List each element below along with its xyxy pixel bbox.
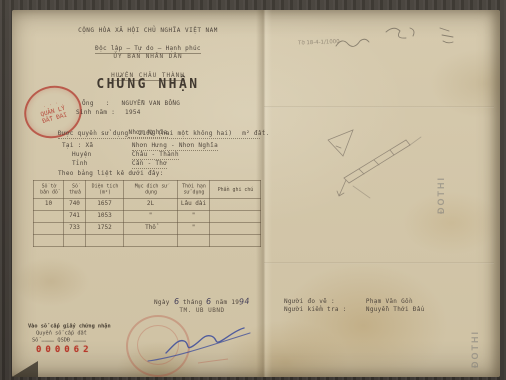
table-cell: 10 <box>34 199 64 211</box>
birth-label: Sinh năm : <box>76 109 115 116</box>
grant-label: Được quyền sử dụng <box>58 130 128 137</box>
birth-year: 1954 <box>125 109 141 116</box>
date-month-label: tháng <box>183 299 203 306</box>
loc-xa-value: Nhơn Hưng - Nhơn Nghĩa <box>132 142 218 151</box>
col-area: Diện tích (m²) <box>89 182 120 197</box>
table-cell: Lâu dài <box>178 199 210 211</box>
owner-label: Ông <box>82 100 94 107</box>
loc-xa-label: Tại : Xã <box>62 142 128 149</box>
republic-heading: CỘNG HÒA XÃ HỘI CHỦ NGHĨA VIỆT NAM <box>28 27 268 34</box>
loc-huyen-label: Huyện <box>62 151 128 158</box>
date-year-label: năm 19 <box>216 299 239 306</box>
paper-crease <box>264 106 494 108</box>
surveyor-checked-label: Người kiểm tra : <box>284 306 362 313</box>
table-row-empty <box>34 235 261 247</box>
table-cell: " <box>178 211 210 223</box>
handwritten-day: 6 <box>173 297 179 306</box>
surveyor-drawn-label: Người đo vẽ : <box>284 298 362 305</box>
table-cell <box>34 235 64 247</box>
table-row: 10 740 1657 2L Lâu dài <box>34 199 261 211</box>
table-cell: 741 <box>64 211 86 223</box>
table-cell <box>124 235 178 247</box>
loc-tinh-value: Cần - Thơ <box>132 160 167 169</box>
table-cell <box>86 235 124 247</box>
table-header-row: Số tờ bản đồ Số thửa Diện tích (m²) Mục … <box>34 181 261 199</box>
paper-crease <box>264 262 494 264</box>
owner-colon: : <box>106 100 110 107</box>
grant-area: 2102 <box>138 130 154 137</box>
col-parcel-no: Số thửa <box>65 182 83 197</box>
col-map-sheet: Số tờ bản đồ <box>36 182 61 197</box>
committee-line: ỦY BAN NHÂN DÂN <box>28 53 268 60</box>
table-cell <box>210 199 261 211</box>
table-cell: 1657 <box>86 199 124 211</box>
table-cell: 1752 <box>86 223 124 235</box>
table-cell: 2L <box>124 199 178 211</box>
table-intro: Theo bảng liệt kê dưới đây: <box>58 170 164 177</box>
table-cell <box>64 235 86 247</box>
certificate-document: CỘNG HÒA XÃ HỘI CHỦ NGHĨA VIỆT NAM Độc l… <box>12 10 500 377</box>
table-cell <box>210 223 261 235</box>
table-row: 741 1053 " " <box>34 211 261 223</box>
center-fold <box>256 10 272 377</box>
col-purpose: Mục đích sử dụng <box>128 182 172 197</box>
registry-line1: Vào sổ cấp giấy chứng nhận <box>28 323 111 329</box>
parcel-sketch <box>306 116 431 201</box>
col-duration: Thời hạn sử dụng <box>180 182 206 197</box>
registry-line2: Quyển sổ cấp đất <box>36 330 87 336</box>
registry-line3: Số ………… QSDĐ ………… <box>32 337 86 343</box>
owner-name: NGUYỄN VAN BỒNG <box>122 100 181 107</box>
col-notes: Phần ghi chú <box>214 182 256 197</box>
table-cell <box>210 211 261 223</box>
table-cell: 740 <box>64 199 86 211</box>
table-cell <box>210 235 261 247</box>
loc-huyen-value: Châu - Thành <box>132 151 179 160</box>
serial-number: 000062 <box>36 345 93 355</box>
surveyor-checked-name: Nguyễn Thới Đấu <box>366 306 425 313</box>
watermark: ĐOTHI <box>436 162 446 214</box>
parcel-table: Số tờ bản đồ Số thửa Diện tích (m²) Mục … <box>33 180 261 247</box>
watermark: ĐOTHI <box>470 310 480 368</box>
table-row: 733 1752 Thổ " <box>34 223 261 235</box>
handwritten-month: 6 <box>206 297 212 306</box>
surveyor-drawn-name: Phạm Văn Gồn <box>366 298 413 305</box>
table-cell: 733 <box>64 223 86 235</box>
handwritten-year: 94 <box>239 297 251 307</box>
photo-background: CỘNG HÒA XÃ HỘI CHỦ NGHĨA VIỆT NAM Độc l… <box>0 0 506 380</box>
table-cell: " <box>178 223 210 235</box>
grant-area-words: (hai một không hai) <box>158 130 232 137</box>
signature-ink <box>138 313 256 367</box>
date-prefix: Ngày <box>154 299 170 306</box>
table-cell <box>34 211 64 223</box>
table-cell <box>178 235 210 247</box>
corner-shadow <box>12 361 38 377</box>
pencil-scribbles <box>328 18 478 60</box>
table-cell: 1053 <box>86 211 124 223</box>
table-cell <box>34 223 64 235</box>
loc-tinh-label: Tỉnh <box>62 160 128 167</box>
table-cell: " <box>124 211 178 223</box>
table-cell: Thổ <box>124 223 178 235</box>
